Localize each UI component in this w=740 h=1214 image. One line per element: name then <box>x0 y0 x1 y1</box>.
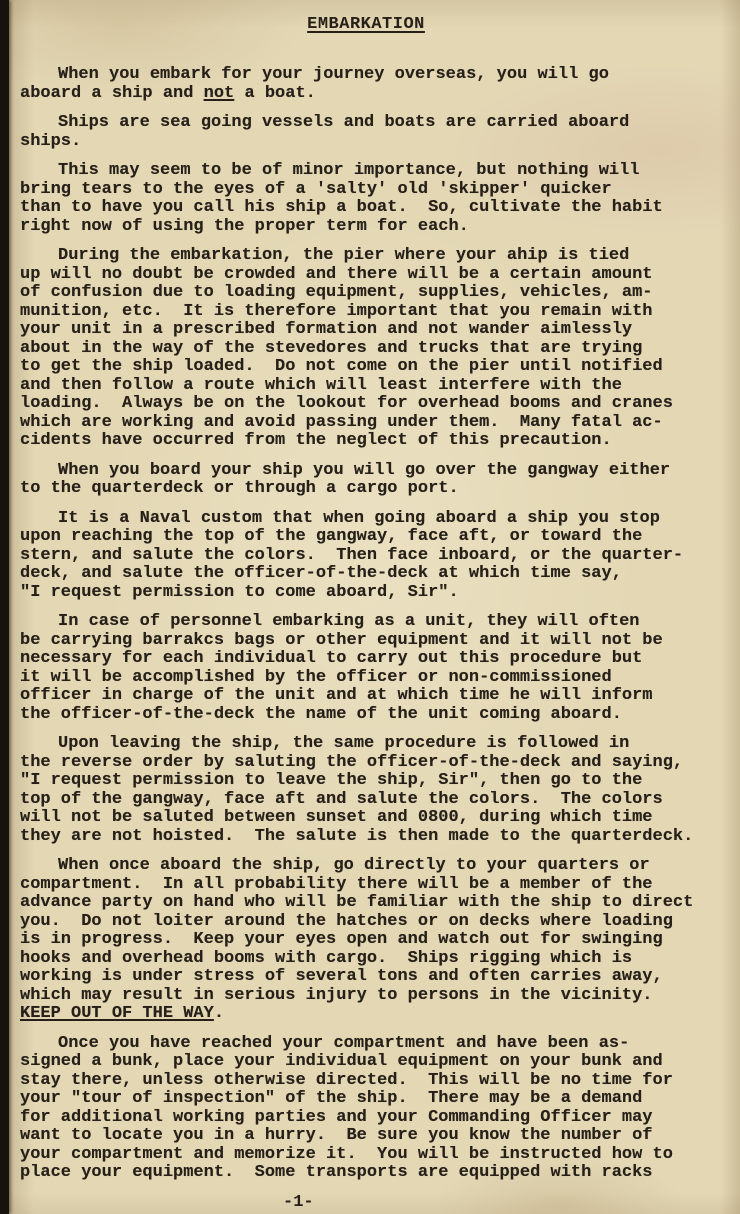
paragraph: Upon leaving the ship, the same procedur… <box>20 735 712 846</box>
paragraph: Once you have reached your compartment a… <box>20 1035 712 1183</box>
paragraph-text: In case of personnel embarking as a unit… <box>20 612 663 724</box>
paragraph: When you embark for your journey oversea… <box>20 66 712 103</box>
paragraph: When once aboard the ship, go directly t… <box>20 857 712 1024</box>
paragraph-text: Upon leaving the ship, the same procedur… <box>20 734 693 846</box>
page-number: -1- <box>20 1194 712 1213</box>
document-page: EMBARKATION When you embark for your jou… <box>0 0 740 1214</box>
paragraph: Ships are sea going vessels and boats ar… <box>20 114 712 151</box>
paragraph-text: It is a Naval custom that when going abo… <box>20 509 683 602</box>
paragraph: When you board your ship you will go ove… <box>20 462 712 499</box>
paragraph-text: This may seem to be of minor importance,… <box>20 161 663 236</box>
paragraph: During the embarkation, the pier where y… <box>20 247 712 451</box>
underlined-text: not <box>204 84 235 103</box>
page-title: EMBARKATION <box>20 14 712 36</box>
paragraph-text: When you board your ship you will go ove… <box>20 461 670 499</box>
page-number-text: -1- <box>283 1193 314 1212</box>
paragraph-text: a boat. <box>234 84 316 103</box>
page-content: EMBARKATION When you embark for your jou… <box>0 0 740 1212</box>
paragraph: It is a Naval custom that when going abo… <box>20 510 712 603</box>
document-body: When you embark for your journey oversea… <box>20 66 712 1183</box>
paragraph-text: Ships are sea going vessels and boats ar… <box>20 113 629 151</box>
paragraph-text: Once you have reached your compartment a… <box>20 1034 673 1183</box>
underlined-text: KEEP OUT OF THE WAY <box>20 1004 214 1023</box>
paragraph: In case of personnel embarking as a unit… <box>20 613 712 724</box>
paragraph-text: When once aboard the ship, go directly t… <box>20 856 693 1005</box>
paragraph-text: . <box>214 1004 224 1023</box>
paragraph-text: During the embarkation, the pier where y… <box>20 246 673 450</box>
paragraph: This may seem to be of minor importance,… <box>20 162 712 236</box>
page-title-text: EMBARKATION <box>307 15 425 34</box>
